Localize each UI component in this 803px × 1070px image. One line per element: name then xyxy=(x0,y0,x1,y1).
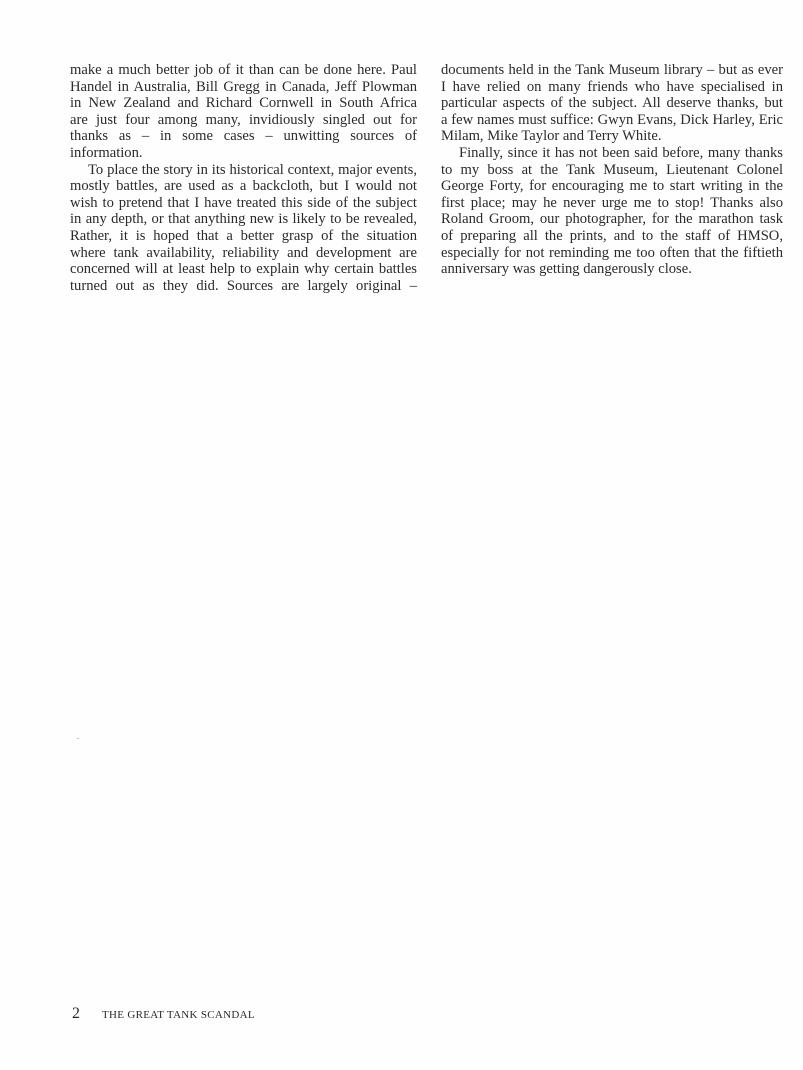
right-column: documents held in the Tank Museum librar… xyxy=(441,62,783,278)
text-line: in any depth, or that anything new is li… xyxy=(70,211,417,228)
text-line: make a much better job of it than can be… xyxy=(70,62,417,79)
text-line: first place; may he never urge me to sto… xyxy=(441,195,783,212)
text-line: documents held in the Tank Museum librar… xyxy=(441,62,783,79)
text-line: of preparing all the prints, and to the … xyxy=(441,228,783,245)
text-line: particular aspects of the subject. All d… xyxy=(441,95,783,112)
running-head: THE GREAT TANK SCANDAL xyxy=(102,1009,255,1021)
scan-speck xyxy=(77,738,79,739)
text-line: Milam, Mike Taylor and Terry White. xyxy=(441,128,783,145)
text-line: Finally, since it has not been said befo… xyxy=(441,145,783,162)
paragraph: documents held in the Tank Museum librar… xyxy=(441,62,783,145)
text-line: where tank availability, reliability and… xyxy=(70,245,417,262)
paragraph: To place the story in its historical con… xyxy=(70,162,417,295)
paragraph: Finally, since it has not been said befo… xyxy=(441,145,783,278)
text-line: George Forty, for encouraging me to star… xyxy=(441,178,783,195)
paragraph: make a much better job of it than can be… xyxy=(70,62,417,162)
text-line: anniversary was getting dangerously clos… xyxy=(441,261,783,278)
text-line: in New Zealand and Richard Cornwell in S… xyxy=(70,95,417,112)
text-line: mostly battles, are used as a backcloth,… xyxy=(70,178,417,195)
text-line: concerned will at least help to explain … xyxy=(70,261,417,278)
page-number: 2 xyxy=(72,1005,98,1023)
text-line: thanks as – in some cases – unwitting so… xyxy=(70,128,417,145)
text-line: turned out as they did. Sources are larg… xyxy=(70,278,417,295)
text-line: to my boss at the Tank Museum, Lieutenan… xyxy=(441,162,783,179)
text-line: Rather, it is hoped that a better grasp … xyxy=(70,228,417,245)
text-line: I have relied on many friends who have s… xyxy=(441,79,783,96)
text-line: wish to pretend that I have treated this… xyxy=(70,195,417,212)
text-line: Roland Groom, our photographer, for the … xyxy=(441,211,783,228)
text-line: Handel in Australia, Bill Gregg in Canad… xyxy=(70,79,417,96)
text-line: are just four among many, invidiously si… xyxy=(70,112,417,129)
text-line: especially for not reminding me too ofte… xyxy=(441,245,783,262)
text-line: a few names must suffice: Gwyn Evans, Di… xyxy=(441,112,783,129)
left-column: make a much better job of it than can be… xyxy=(70,62,417,294)
page-footer: 2 THE GREAT TANK SCANDAL xyxy=(72,1005,255,1023)
text-line: information. xyxy=(70,145,417,162)
text-line: To place the story in its historical con… xyxy=(70,162,417,179)
book-page: make a much better job of it than can be… xyxy=(0,0,803,1070)
